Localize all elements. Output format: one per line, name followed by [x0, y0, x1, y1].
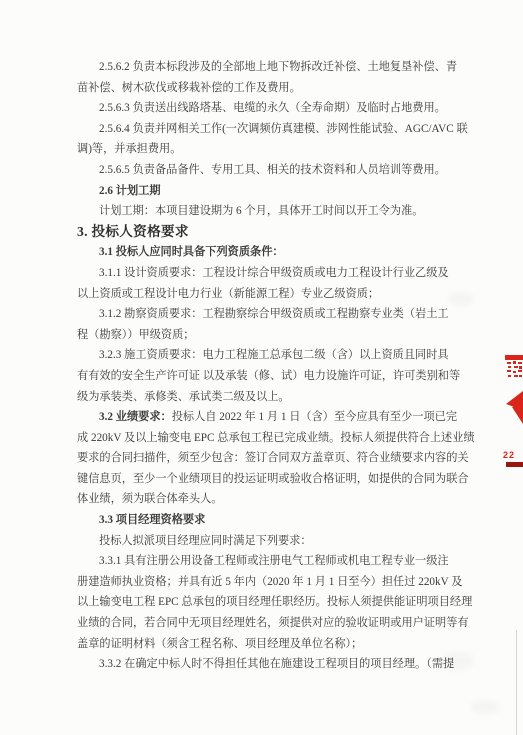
text-line: 成 220kV 及以上输变电 EPC 总承包工程已完成业绩。投标人须提供符合上述…	[77, 428, 457, 449]
text-line: 3.1.2 勘察资质要求：工程勘察综合甲级资质或工程勘察专业类（岩土工	[77, 304, 457, 325]
scan-smudge	[470, 700, 500, 714]
text-line: 3.1.1 设计资质要求：工程设计综合甲级资质或电力工程设计行业乙级及	[77, 263, 457, 284]
text-line: 2.5.6.3 负责送出线路塔基、电缆的永久（全寿命期）及临时占地费用。	[77, 98, 457, 119]
section-heading-3: 3. 投标人资格要求	[77, 222, 457, 243]
section-heading-3-3: 3.3 项目经理资格要求	[77, 510, 457, 531]
text-line: 3.3.1 具有注册公用设备工程师或注册电气工程师或机电工程专业一级注	[77, 551, 457, 572]
text-line: 以上资质或工程设计电力行业（新能源工程）专业乙级资质；	[77, 284, 457, 305]
section-heading-2-6: 2.6 计划工期	[77, 181, 457, 202]
text-line: 程（勘察））甲级资质；	[77, 325, 457, 346]
document-page: 2.5.6.2 负责本标段涉及的全部地上地下物拆改迁补偿、土地复垦补偿、青 苗补…	[0, 0, 523, 735]
text-line: 键信息页，至少一个业绩项目的投运证明或验收合格证明，如提供的合同为联合	[77, 469, 457, 490]
text-line: 业绩的合同，若合同中无项目经理姓名，须提供对应的验收证明或用户证明等有	[77, 613, 457, 634]
text-line: 要求的合同扫描件，须至少包含：签订合同双方盖章页、符合业绩要求内容的关	[77, 448, 457, 469]
stamp-text-marks-icon	[506, 361, 523, 381]
text-line: 有有效的安全生产许可证 以及承装（修、试）电力设施许可证，许可类别和等	[77, 366, 457, 387]
stamp-number: 22	[503, 451, 515, 460]
document-text-block: 2.5.6.2 负责本标段涉及的全部地上地下物拆改迁补偿、土地复垦补偿、青 苗补…	[77, 57, 457, 675]
text-line: 投标人拟派项目经理应同时满足下列要求：	[77, 531, 457, 552]
stamp-bar-icon	[505, 355, 523, 360]
scan-edge-artifact	[516, 630, 517, 735]
text-run: 投标人自 2022 年 1 月 1 日（含）至今应具有至少一项已完	[172, 411, 457, 423]
text-line: 体业绩，须为联合体牵头人。	[77, 489, 457, 510]
text-line: 计划工期：本项目建设期为 6 个月，具体开工时间以开工令为准。	[77, 201, 457, 222]
text-line: 以上输变电工程 EPC 总承包的项目经理任职经历。投标人须提供能证明项目经理	[77, 592, 457, 613]
section-heading-3-2: 3.2 业绩要求：	[99, 411, 172, 423]
text-line: 调)等，并承担费用。	[77, 139, 457, 160]
text-line: 3.2 业绩要求：投标人自 2022 年 1 月 1 日（含）至今应具有至少一项…	[77, 407, 457, 428]
text-line: 册建造师执业资格；并具有近 5 年内（2020 年 1 月 1 日至今）担任过 …	[77, 572, 457, 593]
text-line: 苗补偿、树木砍伐或移栽补偿的工作及费用。	[77, 78, 457, 99]
text-line: 2.5.6.4 负责并网相关工作(一次调频仿真建模、涉网性能试验、AGC/AVC…	[77, 119, 457, 140]
stamp-arrow-icon	[500, 390, 523, 430]
text-line: 级为承装类、承修类、承试类二级及以上。	[77, 387, 457, 408]
stamp-dark-bar-icon	[506, 462, 523, 467]
text-line: 3.2.3 施工资质要求：电力工程施工总承包二级（含）以上资质且同时具	[77, 345, 457, 366]
text-line: 3.3.2 在确定中标人时不得担任其他在施建设工程项目的项目经理。（需提	[77, 654, 457, 675]
text-line: 2.5.6.5 负责备品备件、专用工具、相关的技术资料和人员培训等费用。	[77, 160, 457, 181]
text-line: 2.5.6.2 负责本标段涉及的全部地上地下物拆改迁补偿、土地复垦补偿、青	[77, 57, 457, 78]
text-line: 盖章的证明材料（须含工程名称、项目经理及单位名称）；	[77, 634, 457, 655]
section-heading-3-1: 3.1 投标人应同时具备下列资质条件：	[77, 242, 457, 263]
red-stamp-fragment: 22	[500, 350, 523, 475]
